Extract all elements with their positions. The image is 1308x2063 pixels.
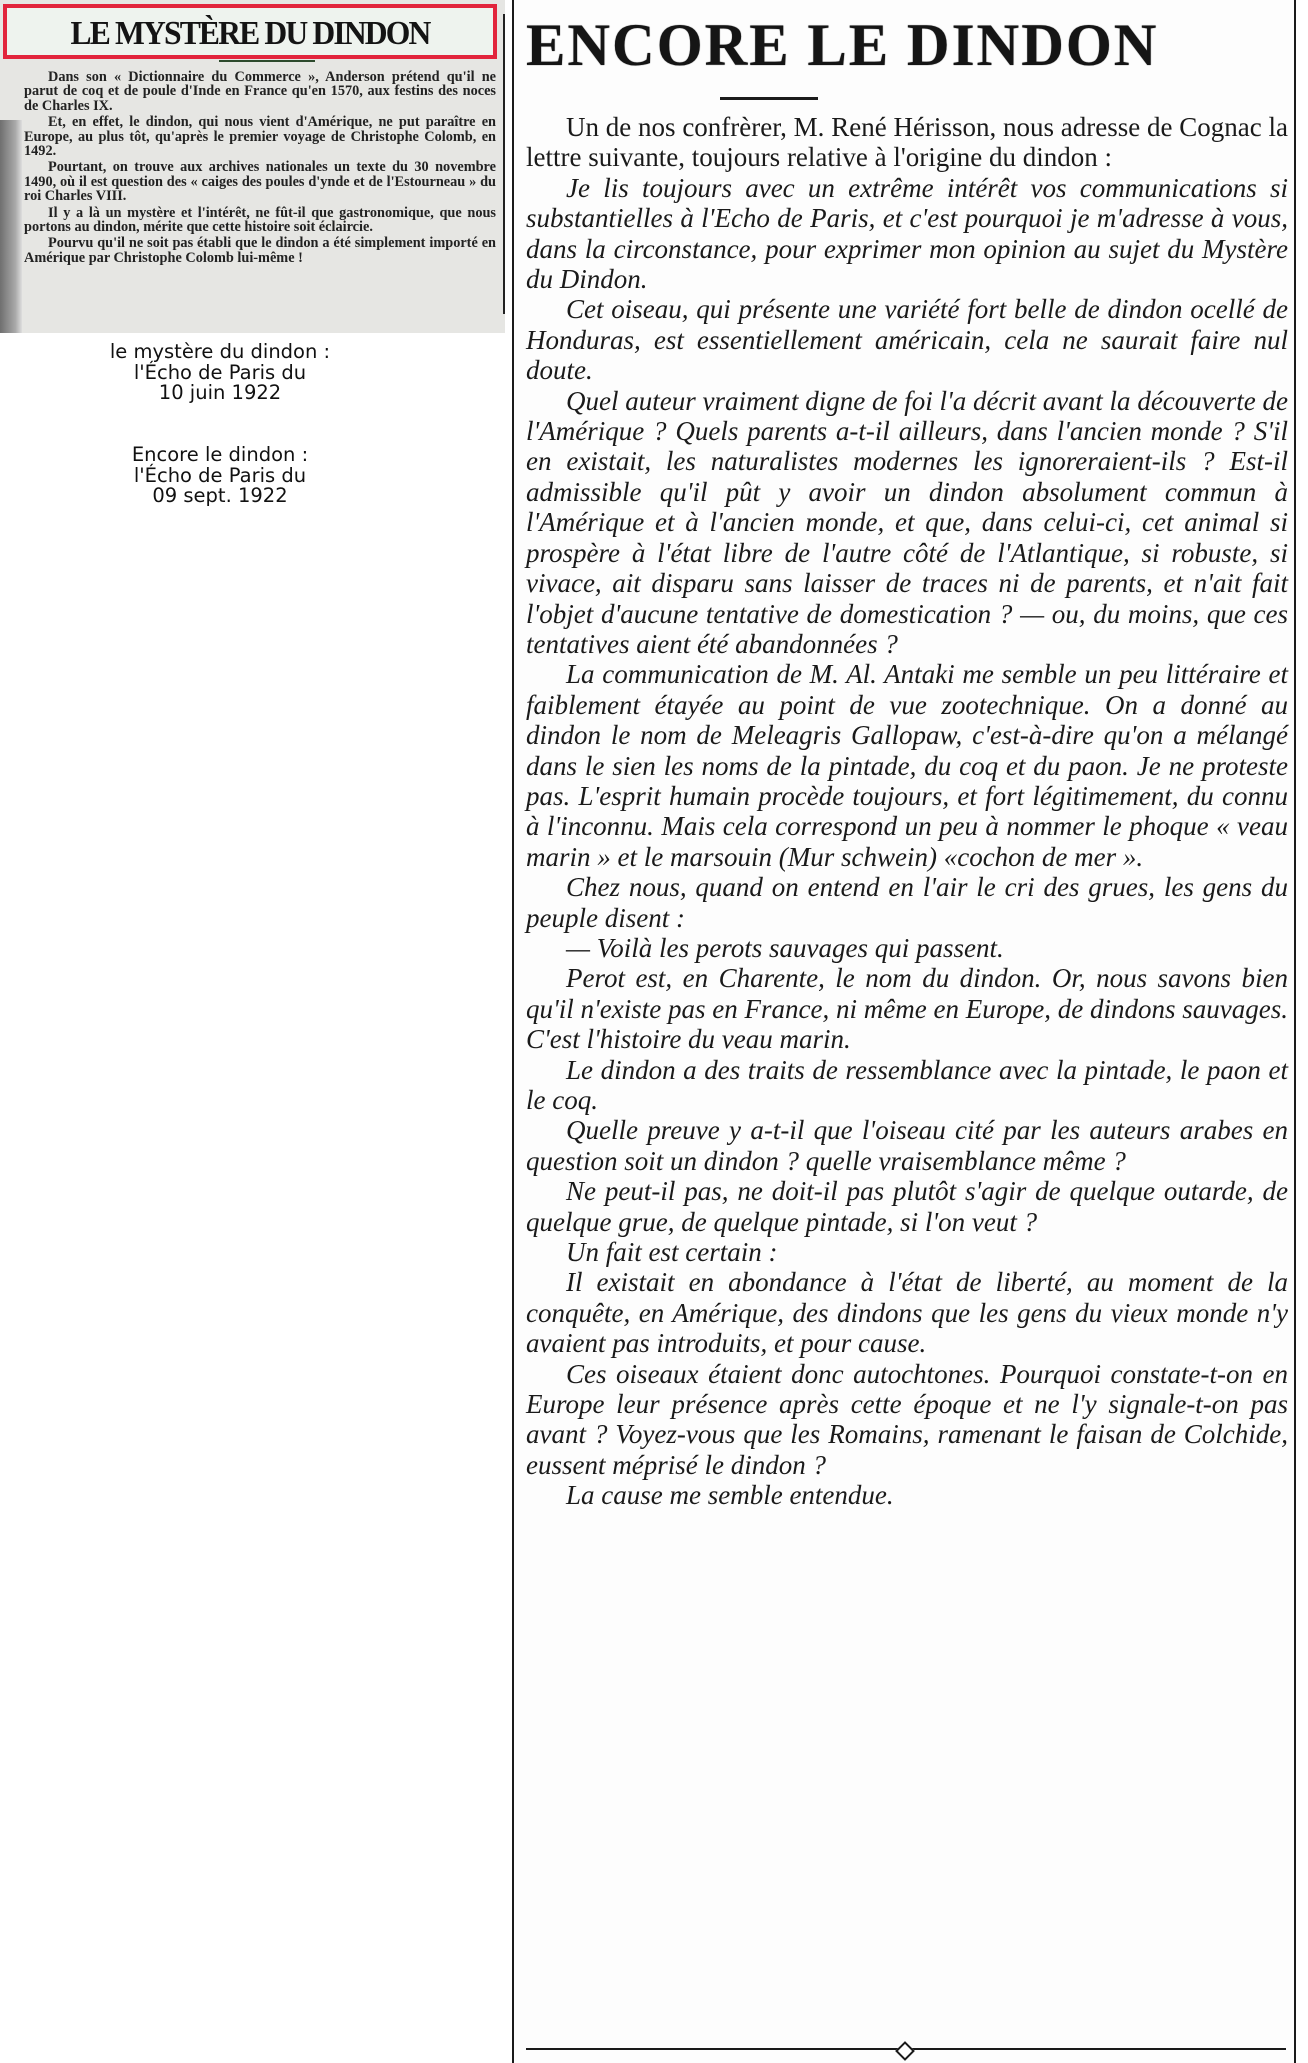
end-of-article-ornament (526, 2044, 1286, 2054)
article-encore-le-dindon: ENCORE LE DINDON Un de nos confrèrer, M.… (512, 0, 1296, 2063)
caption-source: l'Écho de Paris du (40, 466, 400, 487)
article-paragraph: Quel auteur vraiment digne de foi l'a dé… (526, 386, 1288, 660)
scan-shadow (0, 120, 22, 333)
clipping-paragraph: Dans son « Dictionnaire du Commerce », A… (24, 70, 496, 113)
clipping-le-mystere-du-dindon: LE MYSTÈRE DU DINDON Dans son « Dictionn… (0, 0, 505, 333)
clipping-body: Dans son « Dictionnaire du Commerce », A… (24, 70, 496, 267)
diamond-ornament-icon (895, 2041, 915, 2061)
clipping-paragraph: Pourtant, on trouve aux archives nationa… (24, 160, 496, 203)
article-headline: ENCORE LE DINDON (526, 12, 1273, 78)
article-paragraph: Quelle preuve y a-t-il que l'oiseau cité… (526, 1115, 1288, 1176)
article-body: Un de nos confrèrer, M. René Hérisson, n… (526, 112, 1288, 1511)
clipping-paragraph: Pourvu qu'il ne soit pas établi que le d… (24, 236, 496, 265)
headline-rule (219, 60, 315, 62)
caption-title: Encore le dindon : (40, 445, 400, 466)
headline-rule (720, 97, 818, 100)
article-paragraph: Ne peut-il pas, ne doit-il pas plutôt s'… (526, 1176, 1288, 1237)
highlighted-headline-box: LE MYSTÈRE DU DINDON (3, 4, 497, 59)
article-paragraph: Il existait en abondance à l'état de lib… (526, 1267, 1288, 1358)
article-paragraph: Un fait est certain : (526, 1237, 1288, 1267)
caption-date: 09 sept. 1922 (40, 486, 400, 507)
article-paragraph: Chez nous, quand on entend en l'air le c… (526, 872, 1288, 933)
caption-encore: Encore le dindon : l'Écho de Paris du 09… (40, 445, 400, 507)
article-paragraph: Le dindon a des traits de ressemblance a… (526, 1055, 1288, 1116)
article-paragraph: Je lis toujours avec un extrême intérêt … (526, 173, 1288, 295)
article-intro: Un de nos confrèrer, M. René Hérisson, n… (526, 112, 1288, 173)
article-paragraph: Ces oiseaux étaient donc autochtones. Po… (526, 1359, 1288, 1481)
article-paragraph: La communication de M. Al. Antaki me sem… (526, 659, 1288, 872)
article-paragraph: Perot est, en Charente, le nom du dindon… (526, 963, 1288, 1054)
clipping-paragraph: Il y a là un mystère et l'intérêt, ne fû… (24, 206, 496, 235)
article-paragraph: — Voilà les perots sauvages qui passent. (526, 933, 1288, 963)
clipping-paragraph: Et, en effet, le dindon, qui nous vient … (24, 115, 496, 158)
caption-source: l'Écho de Paris du (40, 363, 400, 384)
column-divider (503, 14, 505, 314)
article-paragraph: La cause me semble entendue. (526, 1480, 1288, 1510)
caption-date: 10 juin 1922 (40, 383, 400, 404)
caption-title: le mystère du dindon : (40, 342, 400, 363)
clipping-headline: LE MYSTÈRE DU DINDON (24, 15, 476, 53)
caption-mystere: le mystère du dindon : l'Écho de Paris d… (40, 342, 400, 404)
article-paragraph: Cet oiseau, qui présente une variété for… (526, 294, 1288, 385)
